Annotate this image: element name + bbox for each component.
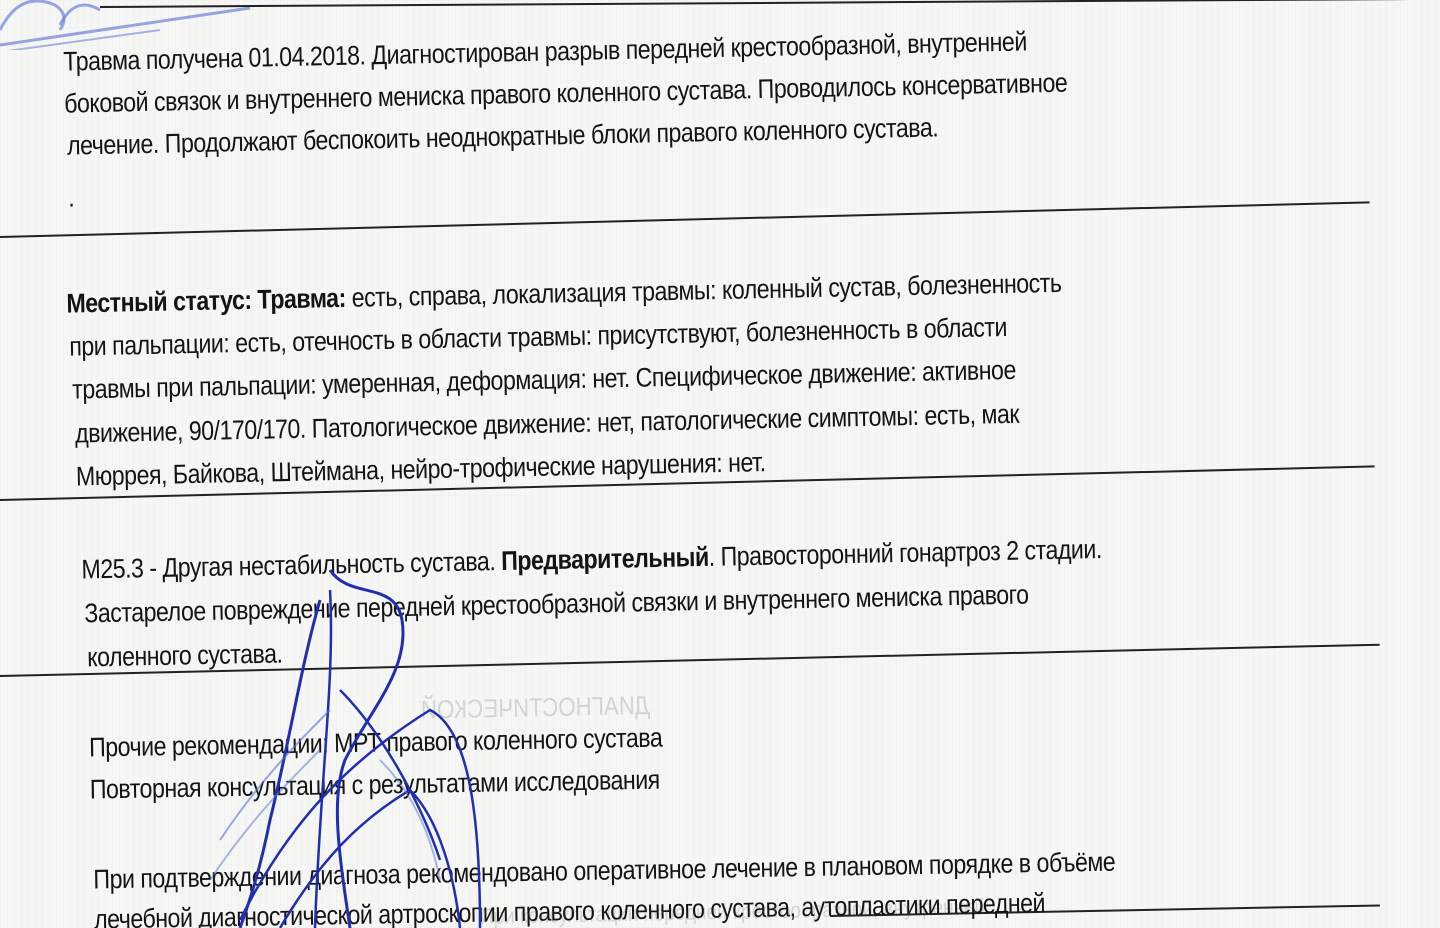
anamnesis-line-3: лечение. Продолжают беспокоить неоднокра… <box>67 112 939 161</box>
trauma-label: Травма: <box>257 283 346 315</box>
recommendation-line-1: Прочие рекомендации: МРТ правого коленно… <box>89 723 663 764</box>
local-status-line-3: травмы при пальпации: умеренная, деформа… <box>72 355 1016 406</box>
anamnesis-line-1: Травма получена 01.04.2018. Диагностиров… <box>63 27 1027 78</box>
diagnosis-line-2: Застарелое повреждение передней крестооб… <box>84 579 1029 629</box>
local-status-line-5: Мюррея, Байкова, Штеймана, нейро-трофиче… <box>76 447 766 492</box>
bleed-through-text-1: ДИАГНОСТИЧЕСКОЙ <box>421 690 651 726</box>
diagnosis-line-3: коленного сустава. <box>87 638 283 673</box>
diagnosis-code: М25.3 - Другая нестабильность сустава. <box>81 546 501 584</box>
diagnosis-line-1-text: . Правосторонний гонартроз 2 стадии. <box>708 534 1102 572</box>
divider-top <box>100 0 1440 8</box>
local-status-label: Местный статус: <box>66 285 252 319</box>
recommendation-line-2: Повторная консультация с результатами ис… <box>90 765 660 806</box>
local-status-line-1-text: есть, справа, локализация травмы: коленн… <box>345 268 1061 313</box>
local-status-line-1: Местный статус: Травма: есть, справа, ло… <box>66 268 1062 320</box>
diagnosis-line-1: М25.3 - Другая нестабильность сустава. П… <box>81 534 1102 585</box>
anamnesis-dot: . <box>68 182 75 213</box>
local-status-line-2: при пальпации: есть, отечность в области… <box>69 312 1007 363</box>
local-status-line-4: движение, 90/170/170. Патологическое дви… <box>75 399 1019 450</box>
surgery-line-1: При подтверждении диагноза рекомендовано… <box>93 847 1115 896</box>
diagnosis-type: Предварительный <box>501 542 709 576</box>
scanned-document-page: Травма получена 01.04.2018. Диагностиров… <box>0 0 1440 928</box>
divider-history <box>0 201 1370 238</box>
